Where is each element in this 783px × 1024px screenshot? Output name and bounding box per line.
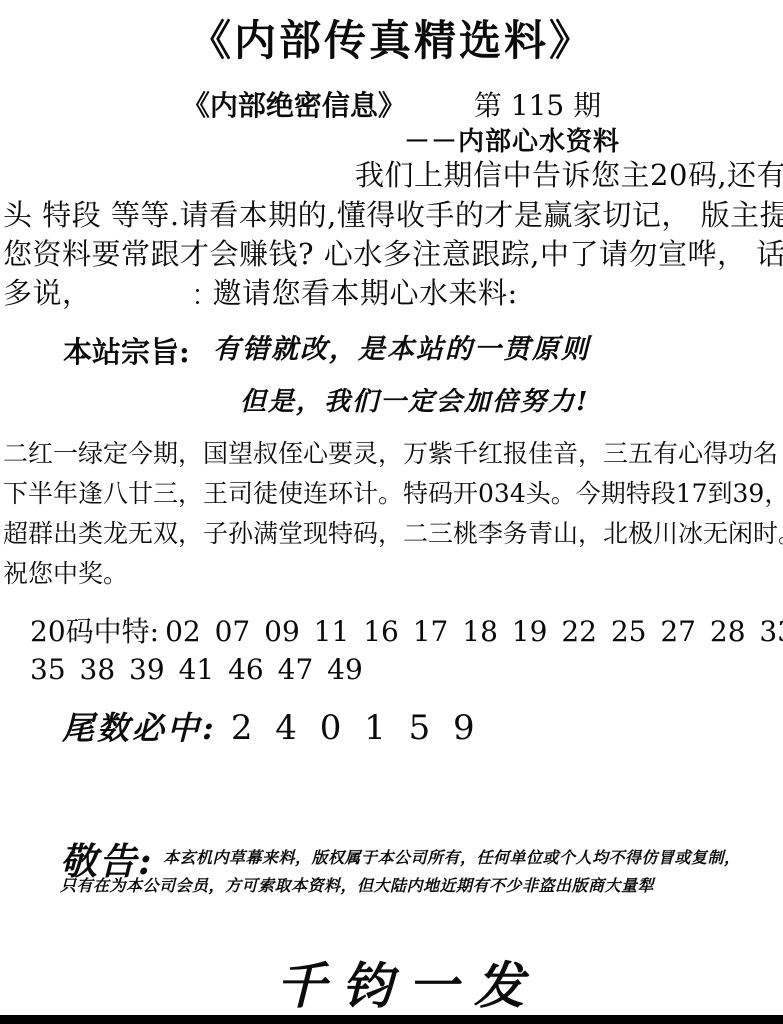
issue-number: 第 115 期 bbox=[474, 89, 601, 122]
motto-line-2: 但是，我们一定会加倍努力! bbox=[240, 381, 589, 418]
picks-line-1: 20码中特:02 07 09 11 16 17 18 19 22 25 27 2… bbox=[30, 610, 783, 650]
intro-line-4-right: ﹕邀请您看本期心水来料: bbox=[183, 271, 518, 312]
motto-label: 本站宗旨: bbox=[63, 330, 190, 371]
bottom-scan-bar bbox=[0, 1015, 783, 1024]
notice-line-1: 本玄机内草幕来料，版权属于本公司所有，任何单位或个人均不得仿冒或复制， bbox=[163, 845, 741, 868]
intro-line-1: 我们上期信中告诉您主20码,还有特 bbox=[355, 153, 783, 194]
tail-label: 尾数必中: bbox=[62, 709, 217, 747]
tail-numbers: 2 4 0 1 5 9 bbox=[231, 708, 475, 748]
poem-line-2: 下半年逢八廿三，王司徒使连环计。特码开034头。今期特段17到39， bbox=[3, 474, 783, 510]
picks-line-2: 35 38 39 41 46 47 49 bbox=[30, 653, 363, 686]
poem-line-4: 祝您中奖。 bbox=[3, 554, 128, 590]
intro-line-2: 头 特段 等等.请看本期的,懂得收手的才是赢家切记， 版主提醒 bbox=[3, 193, 783, 234]
poem-line-3: 超群出类龙无双，子孙满堂现特码，二三桃李务青山，北极川冰无闲时。 bbox=[3, 514, 783, 550]
motto-line-1: 有错就改，是本站的一贯原则 bbox=[213, 327, 590, 366]
tail-numbers-row: 尾数必中:2 4 0 1 5 9 bbox=[62, 703, 475, 749]
picks-numbers-1: 02 07 09 11 16 17 18 19 22 25 27 28 33 bbox=[165, 615, 783, 648]
notice-line-2: 只有在为本公司会员，方可索取本资料，但大陆内地近期有不少非盗出版商大量犁 bbox=[60, 873, 654, 896]
document-subtitle-row: 《内部绝密信息》第 115 期 bbox=[0, 84, 783, 124]
fax-document-page: 《内部传真精选料》 《内部绝密信息》第 115 期 －－内部心水资料 我们上期信… bbox=[0, 0, 783, 1024]
intro-line-3: 您资料要常跟才会赚钱? 心水多注意跟踪,中了请勿宣哗， 话不 bbox=[3, 232, 783, 273]
picks-numbers-2: 35 38 39 41 46 47 49 bbox=[30, 653, 363, 686]
poem-line-1: 二红一绿定今期，国望叔侄心要灵，万紫千红报佳音，三五有心得功名 bbox=[3, 434, 778, 470]
intro-line-4-left: 多说， bbox=[3, 271, 92, 312]
footer-title: 千钧一发 bbox=[276, 946, 540, 1018]
picks-label: 20码中特: bbox=[30, 615, 159, 648]
subtitle-secret-info: 《内部绝密信息》 bbox=[182, 89, 406, 122]
document-title: 《内部传真精选料》 bbox=[0, 8, 783, 68]
